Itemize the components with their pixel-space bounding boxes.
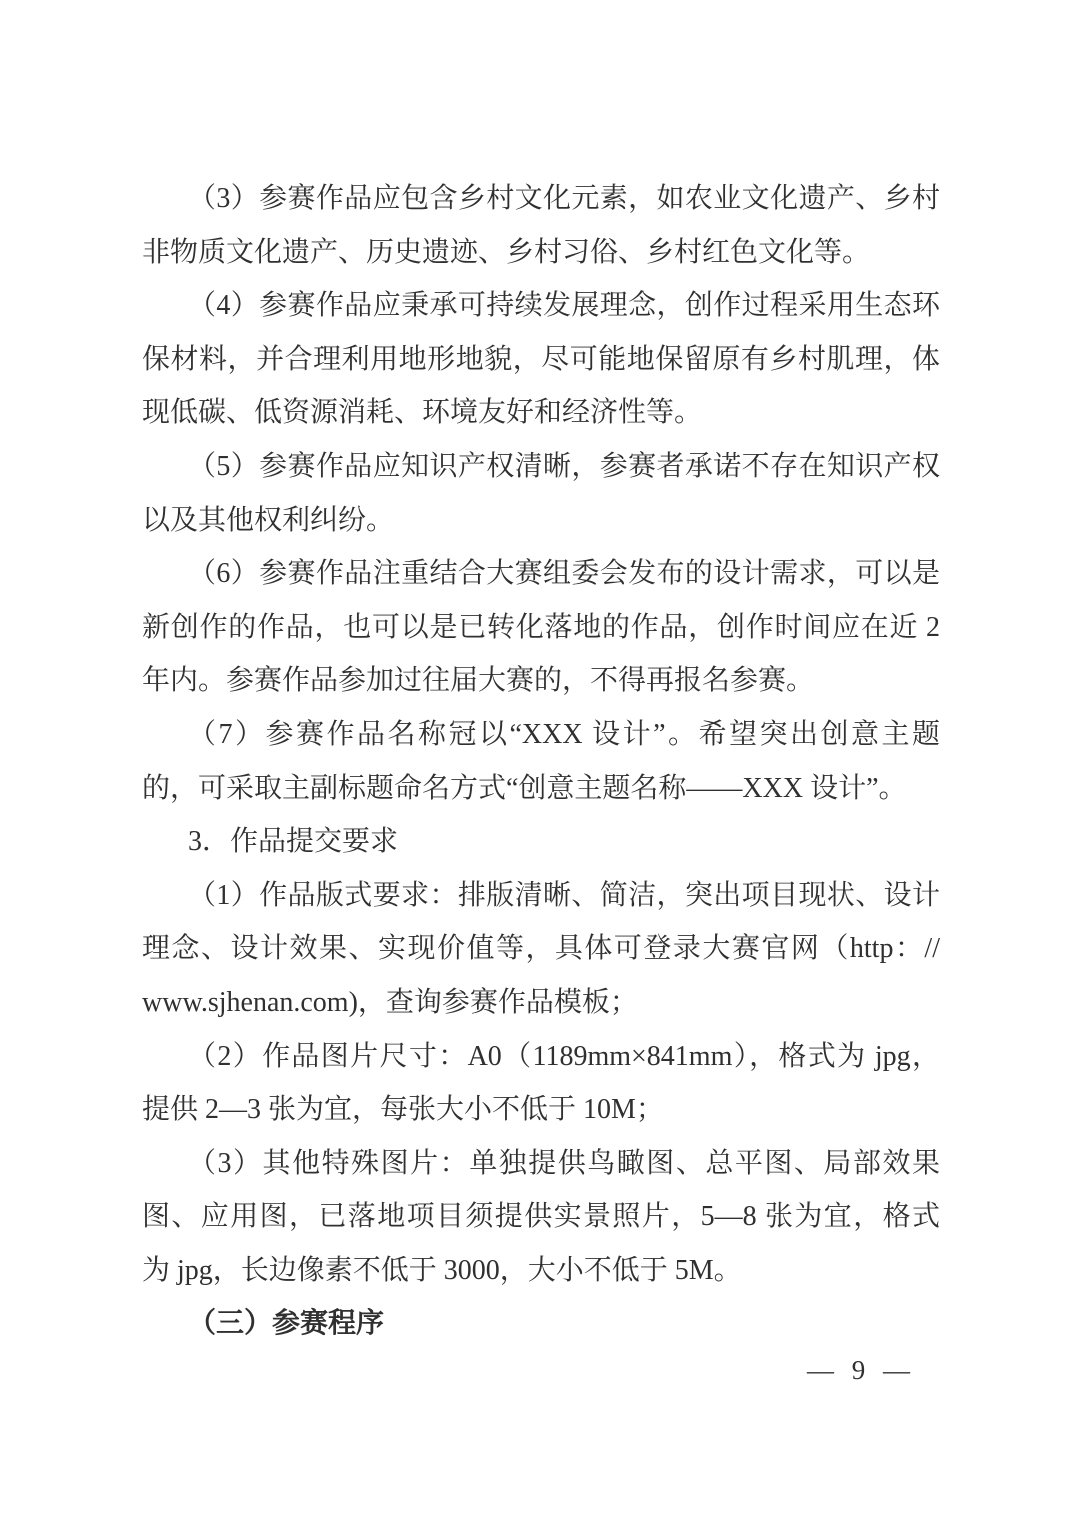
- paragraph: （4）参赛作品应秉承可持续发展理念，创作过程采用生态环保材料，并合理利用地形地貌…: [142, 279, 940, 440]
- text-line: （2）作品图片尺寸：A0（1189mm×841mm），格式为 jpg，: [142, 1030, 940, 1084]
- text-line: 理念、设计效果、实现价值等，具体可登录大赛官网（http：//: [142, 922, 940, 976]
- text-line: （1）作品版式要求：排版清晰、简洁，突出项目现状、设计: [142, 869, 940, 923]
- text-line: 的，可采取主副标题命名方式“创意主题名称——XXX 设计”。: [142, 762, 940, 816]
- text-line: 3．作品提交要求: [142, 815, 940, 869]
- text-line: （3）参赛作品应包含乡村文化元素，如农业文化遗产、乡村: [142, 172, 940, 226]
- paragraph: （7）参赛作品名称冠以“XXX 设计”。希望突出创意主题的，可采取主副标题命名方…: [142, 708, 940, 815]
- text-line: （3）其他特殊图片：单独提供鸟瞰图、总平图、局部效果: [142, 1137, 940, 1191]
- paragraph: （2）作品图片尺寸：A0（1189mm×841mm），格式为 jpg，提供 2—…: [142, 1030, 940, 1137]
- text-line: 年内。参赛作品参加过往届大赛的，不得再报名参赛。: [142, 654, 940, 708]
- page-number: — 9 —: [807, 1350, 913, 1390]
- text-line: 新创作的作品，也可以是已转化落地的作品，创作时间应在近 2: [142, 601, 940, 655]
- text-line: 现低碳、低资源消耗、环境友好和经济性等。: [142, 386, 940, 440]
- text-line: （4）参赛作品应秉承可持续发展理念，创作过程采用生态环: [142, 279, 940, 333]
- text-line: （7）参赛作品名称冠以“XXX 设计”。希望突出创意主题: [142, 708, 940, 762]
- paragraph: （1）作品版式要求：排版清晰、简洁，突出项目现状、设计理念、设计效果、实现价值等…: [142, 869, 940, 1030]
- text-line: （三）参赛程序: [142, 1297, 940, 1351]
- text-line: 为 jpg，长边像素不低于 3000，大小不低于 5M。: [142, 1244, 940, 1298]
- text-line: 非物质文化遗产、历史遗迹、乡村习俗、乡村红色文化等。: [142, 226, 940, 280]
- text-line: 图、应用图，已落地项目须提供实景照片，5—8 张为宜，格式: [142, 1190, 940, 1244]
- paragraph: （6）参赛作品注重结合大赛组委会发布的设计需求，可以是新创作的作品，也可以是已转…: [142, 547, 940, 708]
- paragraph: （3）其他特殊图片：单独提供鸟瞰图、总平图、局部效果图、应用图，已落地项目须提供…: [142, 1137, 940, 1298]
- text-line: www.sjhenan.com)，查询参赛作品模板；: [142, 976, 940, 1030]
- text-line: 保材料，并合理利用地形地貌，尽可能地保留原有乡村肌理，体: [142, 333, 940, 387]
- paragraph: （3）参赛作品应包含乡村文化元素，如农业文化遗产、乡村非物质文化遗产、历史遗迹、…: [142, 172, 940, 279]
- text-line: （6）参赛作品注重结合大赛组委会发布的设计需求，可以是: [142, 547, 940, 601]
- paragraph: （5）参赛作品应知识产权清晰，参赛者承诺不存在知识产权以及其他权利纠纷。: [142, 440, 940, 547]
- text-line: 以及其他权利纠纷。: [142, 494, 940, 548]
- section-heading: （三）参赛程序: [142, 1297, 940, 1351]
- document-page: （3）参赛作品应包含乡村文化元素，如农业文化遗产、乡村非物质文化遗产、历史遗迹、…: [0, 0, 1080, 1527]
- text-line: （5）参赛作品应知识产权清晰，参赛者承诺不存在知识产权: [142, 440, 940, 494]
- document-body: （3）参赛作品应包含乡村文化元素，如农业文化遗产、乡村非物质文化遗产、历史遗迹、…: [142, 172, 940, 1351]
- section-heading: 3．作品提交要求: [142, 815, 940, 869]
- text-line: 提供 2—3 张为宜，每张大小不低于 10M；: [142, 1083, 940, 1137]
